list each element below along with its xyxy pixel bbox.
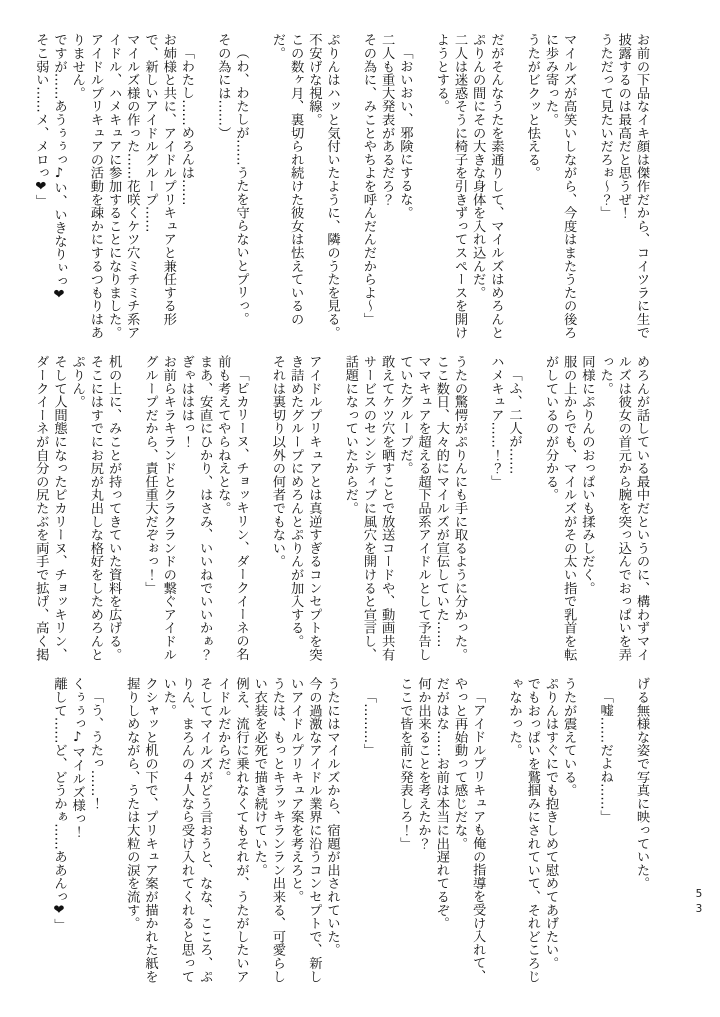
blank-line bbox=[322, 355, 340, 661]
text-line: 机の上に、みことが持ってきていた資料を広げる。 bbox=[104, 355, 122, 661]
text-line: 「わたし……めろんは…… bbox=[177, 33, 195, 339]
text-band-top: お前の下品なイキ顔は傑作だから、コイツラに生で披露するのは最高だと思うぜ！うただ… bbox=[28, 33, 650, 339]
text-line: 「う、うたっ……！ bbox=[86, 677, 104, 983]
blank-line bbox=[577, 677, 595, 983]
blank-line bbox=[614, 677, 632, 983]
text-line: 二人も重大発表があるだろ？ bbox=[377, 33, 395, 339]
text-line: ぎゃはははっ！ bbox=[177, 355, 195, 661]
novel-page: お前の下品なイキ顔は傑作だから、コイツラに生で披露するのは最高だと思うぜ！うただ… bbox=[0, 0, 720, 1017]
page-number: 53 bbox=[693, 888, 705, 918]
blank-line bbox=[122, 355, 140, 661]
text-line: 離して……ど、どうかぁ……ああんっ❤」 bbox=[49, 677, 67, 983]
blank-line bbox=[250, 33, 268, 339]
blank-line bbox=[377, 677, 395, 983]
text-line: お前の下品なイキ顔は傑作だから、コイツラに生で披露するのは最高だと思うぜ！ bbox=[614, 33, 650, 339]
text-line: 不安げな視線。 bbox=[304, 33, 322, 339]
vertical-text-area: お前の下品なイキ顔は傑作だから、コイツラに生で披露するのは最高だと思うぜ！うただ… bbox=[28, 33, 650, 999]
text-band-middle: めろんが話している最中だというのに、構わずマイルズは彼女の首元から腕を突っ込んで… bbox=[28, 355, 650, 661]
text-line: この数ヶ月、裏切られ続けた彼女は怯えているのだ。 bbox=[268, 33, 304, 339]
text-line: そこにはすでにお尻が丸出しな格好をしためろんとぷりん。 bbox=[68, 355, 104, 661]
text-line: 敢えてケツ穴を晒すことで放送コードや、動画共有サービスのセンシティブに風穴を開け… bbox=[341, 355, 396, 661]
text-line: それは裏切り以外の何者でもない。 bbox=[268, 355, 286, 661]
text-line: お姉様と共に、アイドルプリキュアと兼任する形で、新しいアイドルグループ…… bbox=[140, 33, 176, 339]
text-line: ハメキュア……！？」 bbox=[486, 355, 504, 661]
text-band-bottom: げる無様な姿で写真に映っていた。 「嘘……だよね……」 うたが震えている。ぷりん… bbox=[28, 677, 650, 983]
blank-line bbox=[486, 677, 504, 983]
text-line: でもおっぱいを鷲掴みにされていて、それどころじゃなかった。 bbox=[504, 677, 540, 983]
text-line: まあ、安直にひかり、はさみ、いいねでいいかぁ？ bbox=[195, 355, 213, 661]
blank-line bbox=[341, 677, 359, 983]
text-line: ママキュアを超える超下品系アイドルとして予告していたグループだ。 bbox=[395, 355, 431, 661]
blank-line bbox=[468, 355, 486, 661]
text-line: ここ数日、大々的にマイルズが宣伝していた…… bbox=[432, 355, 450, 661]
text-line: うたは、もっとキラッキランラン出来る、可愛らしい衣装を必死で描き続けていた。 bbox=[250, 677, 286, 983]
text-line: アイドルプリキュアの活動を疎かにするつもりはありません。 bbox=[68, 33, 104, 339]
blank-line bbox=[341, 33, 359, 339]
text-line: うたにはマイルズから、宿題が出されていた。 bbox=[322, 677, 340, 983]
text-line: マイルズ様の作った……花咲くケツ穴ミチミチ系アイドル、ハメキュアに参加することに… bbox=[104, 33, 140, 339]
text-line: うたがビクッと怯える。 bbox=[523, 33, 541, 339]
blank-line bbox=[104, 677, 122, 983]
text-line: 服の上からでも、マイルズがその太い指で乳首を転がしているのが分かる。 bbox=[541, 355, 577, 661]
text-line: ぷりんはすぐにでも抱きしめて慰めてあげたい。 bbox=[541, 677, 559, 983]
text-line: 「ふ、二人が…… bbox=[504, 355, 522, 661]
text-line: ですが……あうぅぅっ♪い、いきなりぃっ❤ bbox=[49, 33, 67, 339]
text-line: （わ、わたしが……うたを守らないとプリっ。 bbox=[231, 33, 249, 339]
text-line: そしてマイルズがどう言おうと、なな、こころ、ぷりん、まろんの４人なら受け入れてく… bbox=[159, 677, 214, 983]
text-line: お前らキラキランドとクラクランドの繋ぐアイドルグループだから、責任重大だぞぉっ！… bbox=[140, 355, 176, 661]
text-line: 「………」 bbox=[359, 677, 377, 983]
text-line: ここで皆を前に発表しろ！」 bbox=[395, 677, 413, 983]
text-line: アイドルプリキュアとは真逆すぎるコンセプトを突き詰めたグループにめろんとぷりんが… bbox=[286, 355, 322, 661]
blank-line bbox=[195, 33, 213, 339]
text-line: 「ピカリーヌ、チョッキリン、ダークイーネの名前も考えてやらねえとな。 bbox=[213, 355, 249, 661]
blank-line bbox=[250, 355, 268, 661]
text-line: マイルズが高笑いしながら、今度はまたうたの後ろに歩み寄った。 bbox=[541, 33, 577, 339]
text-line: そして人間態になったピカリーヌ、チョッキリン、ダークイーネが自分の尻たぶを両手で… bbox=[31, 355, 67, 661]
text-line: 今の過激なアイドル業界に沿うコンセプトで、新しいアイドルプリキュア案を考えろと。 bbox=[286, 677, 322, 983]
text-line: 「アイドルプリキュアも俺の指導を受け入れて、やっと再始動って感じだな。 bbox=[450, 677, 486, 983]
text-line: 何か出来ることを考えたか？ bbox=[413, 677, 431, 983]
text-line: そこ弱い……メ、メロっ❤」 bbox=[31, 33, 49, 339]
text-line: ぷりんはハッと気付いたように、隣のうたを見る。 bbox=[322, 33, 340, 339]
text-line: めろんが話している最中だというのに、構わずマイルズは彼女の首元から腕を突っ込んで… bbox=[595, 355, 650, 661]
text-line: その為には……） bbox=[213, 33, 231, 339]
text-line: 「嘘……だよね……」 bbox=[595, 677, 613, 983]
blank-line bbox=[413, 33, 431, 339]
text-line: だがそんなうたを素通りして、マイルズはめろんとぷりんの間にその大きな身体を入れ込… bbox=[468, 33, 504, 339]
text-line: 同様にぷりんのおっぱいも揉みしだく。 bbox=[577, 355, 595, 661]
text-line: うたが震えている。 bbox=[559, 677, 577, 983]
text-line: だがはな……お前は本当に出遅れてるぞ。 bbox=[432, 677, 450, 983]
text-line: うただって見たいだろぉ～？」 bbox=[595, 33, 613, 339]
blank-line bbox=[504, 33, 522, 339]
text-line: うたの驚愕がぷりんにも手に取るように分かった。 bbox=[450, 355, 468, 661]
blank-line bbox=[523, 355, 541, 661]
text-line: 例え、流行に乗れなくてもそれが、うたがしたいアイドルだからだ。 bbox=[213, 677, 249, 983]
text-line: 二人は迷惑そうに椅子を引きずってスペースを開けようとする。 bbox=[432, 33, 468, 339]
text-line: くぅぅっ♪マイルズ様っ！ bbox=[68, 677, 86, 983]
text-line: 「おいおい、邪険にするな。 bbox=[395, 33, 413, 339]
text-line: その為に、みことやちよを呼んだんだからよ～」 bbox=[359, 33, 377, 339]
text-line: クシャッと机の下で、プリキュア案が描かれた紙を握りしめながら、うたは大粒の涙を流… bbox=[122, 677, 158, 983]
text-line: げる無様な姿で写真に映っていた。 bbox=[632, 677, 650, 983]
blank-line bbox=[577, 33, 595, 339]
